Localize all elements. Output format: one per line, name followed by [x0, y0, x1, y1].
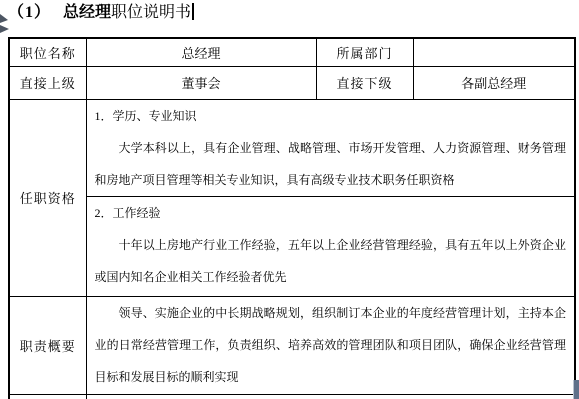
qualifications-education-text: 大学本科以上，具有企业管理、战略管理、市场开发管理、人力资源管理、财务管理和房地… [95, 132, 567, 196]
cell-direct-subordinate-value[interactable]: 各副总经理 [413, 66, 575, 99]
table-row-next-cutoff [9, 394, 575, 399]
qualifications-experience-heading: 2．工作经验 [95, 197, 567, 229]
title-number: （1） [8, 4, 51, 21]
vertical-scrollbar-thumb[interactable] [573, 380, 579, 399]
cell-direct-subordinate-label[interactable]: 直接下级 [316, 66, 413, 99]
cell-position-name-value[interactable]: 总经理 [86, 38, 316, 66]
title-text: 职位说明书 [111, 4, 191, 21]
cell-responsibilities-content[interactable]: 领导、实施企业的中长期战略规划，组织制订本企业的年度经营管理计划，主持本企业的日… [86, 296, 575, 394]
cell-next-content-cutoff[interactable] [86, 394, 575, 399]
cell-qualifications-label[interactable]: 任职资格 [9, 99, 86, 296]
qualifications-experience-text: 十年以上房地产行业工作经验，五年以上企业经营管理经验，具有五年以上外资企业或国内… [95, 229, 567, 293]
cell-department-label[interactable]: 所属部门 [316, 38, 413, 66]
page-title[interactable]: （1）总经理职位说明书 [8, 1, 194, 25]
responsibilities-text: 领导、实施企业的中长期战略规划，组织制订本企业的年度经营管理计划，主持本企业的日… [95, 297, 567, 393]
cell-next-label-cutoff[interactable] [9, 394, 86, 399]
table-row: 2．工作经验 十年以上房地产行业工作经验，五年以上企业经营管理经验，具有五年以上… [9, 196, 575, 296]
cell-department-value[interactable] [413, 38, 575, 66]
cell-direct-superior-value[interactable]: 董事会 [86, 66, 316, 99]
cell-qualifications-section2[interactable]: 2．工作经验 十年以上房地产行业工作经验，五年以上企业经营管理经验，具有五年以上… [86, 196, 575, 296]
cell-position-name-label[interactable]: 职位名称 [9, 38, 86, 66]
title-emphasis: 总经理 [63, 4, 111, 21]
cell-qualifications-section1[interactable]: 1．学历、专业知识 大学本科以上，具有企业管理、战略管理、市场开发管理、人力资源… [86, 99, 575, 196]
cell-responsibilities-label[interactable]: 职责概要 [9, 296, 86, 394]
cell-direct-superior-label[interactable]: 直接上级 [9, 66, 86, 99]
qualifications-education-heading: 1．学历、专业知识 [95, 100, 567, 132]
table-row: 直接上级 董事会 直接下级 各副总经理 [9, 66, 575, 99]
table-row: 职位名称 总经理 所属部门 [9, 38, 575, 66]
job-description-table: 职位名称 总经理 所属部门 直接上级 董事会 直接下级 各副总经理 任职资格 1… [8, 37, 576, 399]
text-cursor-icon [192, 3, 194, 20]
document-page: （1）总经理职位说明书 职位名称 总经理 所属部门 直接上级 董事会 直接下级 … [0, 0, 579, 399]
table-row: 职责概要 领导、实施企业的中长期战略规划，组织制订本企业的年度经营管理计划，主持… [9, 296, 575, 394]
table-row: 任职资格 1．学历、专业知识 大学本科以上，具有企业管理、战略管理、市场开发管理… [9, 99, 575, 196]
